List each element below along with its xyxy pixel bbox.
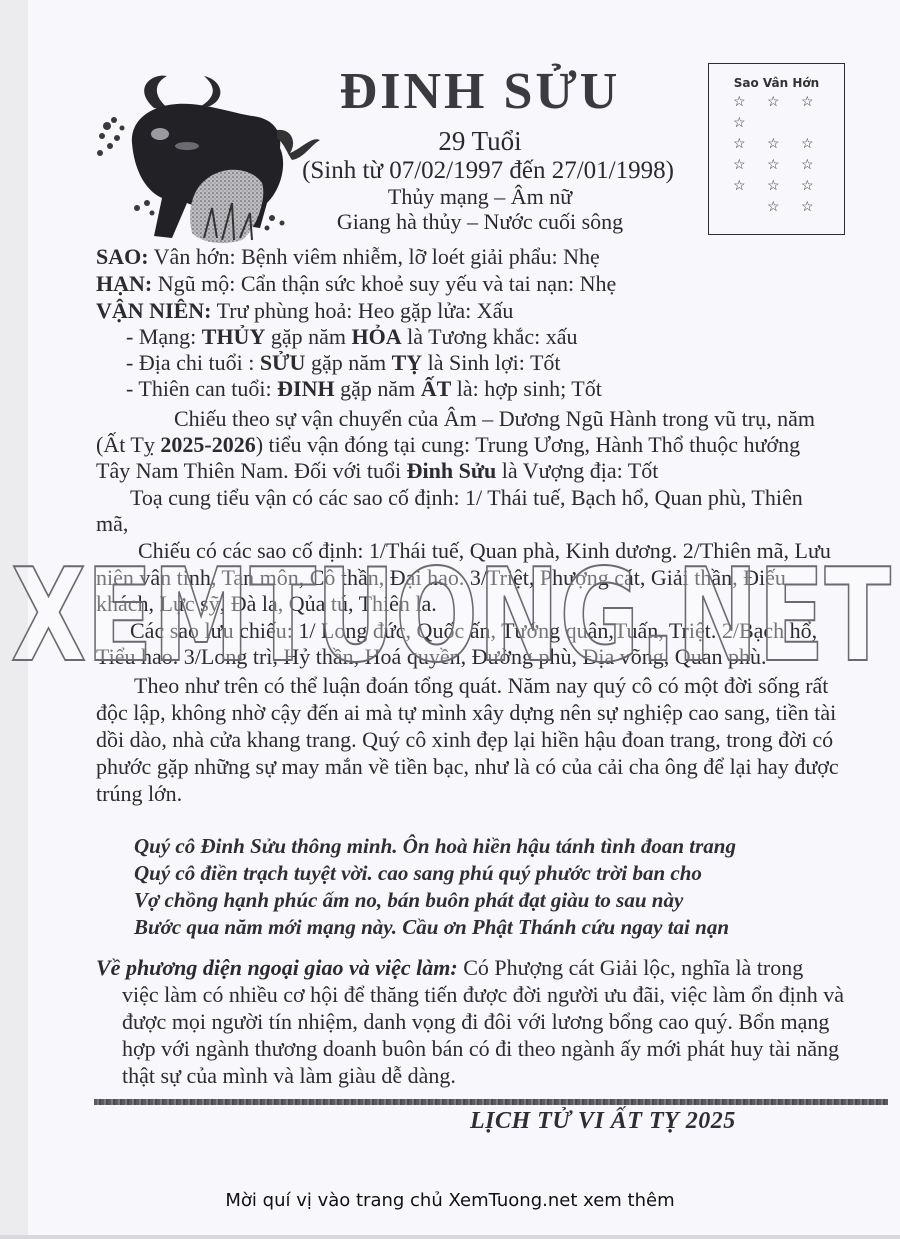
- scan-edge: [0, 0, 28, 1239]
- nap-am-label: Giang hà thủy – Nước cuối sông: [280, 208, 680, 235]
- relation-menh: - Mạng: THỦY gặp năm HỎA là Tương khắc: …: [126, 324, 578, 350]
- chieu-theo-line-1: Chiếu theo sự vận chuyển của Âm – Dương …: [174, 406, 815, 432]
- ngoai-giao-line-5: thật sự của mình và làm giàu dễ dàng.: [122, 1063, 456, 1089]
- birth-range: (Sinh từ 07/02/1997 đến 27/01/1998): [228, 156, 748, 186]
- star-icon: ☆: [767, 180, 780, 194]
- van-nien-text: Trư phùng hoả: Heo gặp lửa: Xấu: [212, 298, 514, 323]
- star-icon: ☆: [801, 159, 814, 173]
- scan-bottom-edge: [0, 1235, 900, 1239]
- sao-label: SAO:: [96, 244, 149, 269]
- chieu-theo-line-2: (Ất Tỵ 2025-2026) tiểu vận đóng tại cung…: [96, 432, 800, 458]
- sao-text: Vân hớn: Bệnh viêm nhiễm, lỡ loét giải p…: [149, 244, 600, 269]
- chieu-theo-line-3: Tây Nam Thiên Nam. Đối với tuổi Đinh Sửu…: [96, 458, 658, 484]
- toa-cung-line-1: Toạ cung tiểu vận có các sao cố định: 1/…: [130, 485, 803, 511]
- luu-chieu-line-2: Tiểu hao. 3/Long trì, Hỷ thần, Hoá quyền…: [96, 644, 766, 670]
- sao-van-hon-box: Sao Vân Hớn ☆☆☆☆☆☆☆☆☆☆☆☆☆☆☆: [708, 63, 845, 235]
- luan-doan-line-3: dồi dào, nhà cửa khang trang. Quý cô xin…: [96, 727, 833, 753]
- poem-line-3: Vợ chồng hạnh phúc ấm no, bán buôn phát …: [134, 887, 683, 913]
- star-icon: ☆: [801, 96, 814, 110]
- ngoai-giao-line-4: hợp với ngành thương doanh buôn bán có đ…: [122, 1036, 839, 1062]
- star-icon: ☆: [767, 96, 780, 110]
- star-icon: ☆: [801, 201, 814, 215]
- han-line: HẠN: Ngũ mộ: Cẩn thận sức khoẻ suy yếu v…: [96, 271, 616, 297]
- luan-doan-line-4: phước gặp những sự may mắn về tiền bạc, …: [96, 754, 839, 780]
- star-icon: ☆: [733, 117, 746, 131]
- chieu-co-line-3: khách, Lực sỹ, Đà la, Qủa tú, Thiên la.: [96, 591, 437, 617]
- van-nien-line: VẬN NIÊN: Trư phùng hoả: Heo gặp lửa: Xấ…: [96, 298, 513, 324]
- van-nien-label: VẬN NIÊN:: [96, 298, 212, 323]
- poem-line-1: Quý cô Đinh Sửu thông minh. Ôn hoà hiền …: [134, 833, 736, 859]
- relation-dia-chi: - Địa chi tuổi : SỬU gặp năm TỴ là Sinh …: [126, 350, 561, 376]
- han-label: HẠN:: [96, 271, 152, 296]
- poem-line-2: Quý cô điền trạch tuyệt vời. cao sang ph…: [134, 860, 702, 886]
- luu-chieu-line-1: Các sao lưu chiếu: 1/ Long đức, Quốc ấn,…: [130, 618, 817, 644]
- toa-cung-line-2: mã,: [96, 511, 128, 537]
- sao-van-hon-title: Sao Vân Hớn: [709, 76, 844, 90]
- ngoai-giao-line-2: việc làm có nhiều cơ hội để thăng tiến đ…: [122, 982, 844, 1008]
- star-icon: ☆: [767, 138, 780, 152]
- chieu-co-line-2: niên vân tinh, Tan môn, Cô thần, Đại hao…: [96, 565, 786, 591]
- star-icon: ☆: [733, 159, 746, 173]
- promo-link[interactable]: Mời quí vị vào trang chủ XemTuong.net xe…: [0, 1190, 900, 1211]
- poem-line-4: Bước qua năm mới mạng này. Cầu ơn Phật T…: [134, 914, 729, 940]
- ngoai-giao-label: Về phương diện ngoại giao và việc làm:: [96, 955, 458, 980]
- luan-doan-line-2: độc lập, không nhờ cậy đến ai mà tự mình…: [96, 700, 836, 726]
- star-icon: ☆: [733, 96, 746, 110]
- sao-line: SAO: Vân hớn: Bệnh viêm nhiễm, lỡ loét g…: [96, 244, 600, 270]
- ngoai-giao-line-1: Về phương diện ngoại giao và việc làm: C…: [96, 955, 803, 981]
- chieu-co-line-1: Chiếu có các sao cố định: 1/Thái tuế, Qu…: [138, 538, 831, 564]
- star-icon: ☆: [733, 138, 746, 152]
- star-icon: ☆: [767, 159, 780, 173]
- page-title: ĐINH SỬU: [300, 62, 660, 122]
- star-icon: ☆: [801, 180, 814, 194]
- star-icon: ☆: [767, 201, 780, 215]
- luan-doan-line-5: trúng lớn.: [96, 781, 182, 807]
- age-label: 29 Tuổi: [300, 125, 660, 157]
- book-title: LỊCH TỬ VI ẤT TỴ 2025: [470, 1108, 736, 1135]
- footer-divider: [94, 1099, 888, 1105]
- relation-thien-can: - Thiên can tuổi: ĐINH gặp năm ẤT là: hợ…: [126, 376, 602, 402]
- menh-label: Thủy mạng – Âm nữ: [300, 183, 660, 210]
- star-icon: ☆: [801, 138, 814, 152]
- star-icon: ☆: [733, 180, 746, 194]
- han-text: Ngũ mộ: Cẩn thận sức khoẻ suy yếu và tai…: [152, 271, 616, 296]
- luan-doan-line-1: Theo như trên có thể luận đoán tổng quát…: [134, 673, 828, 699]
- ngoai-giao-line-3: được mọi người tín nhiệm, danh vọng đi đ…: [122, 1009, 829, 1035]
